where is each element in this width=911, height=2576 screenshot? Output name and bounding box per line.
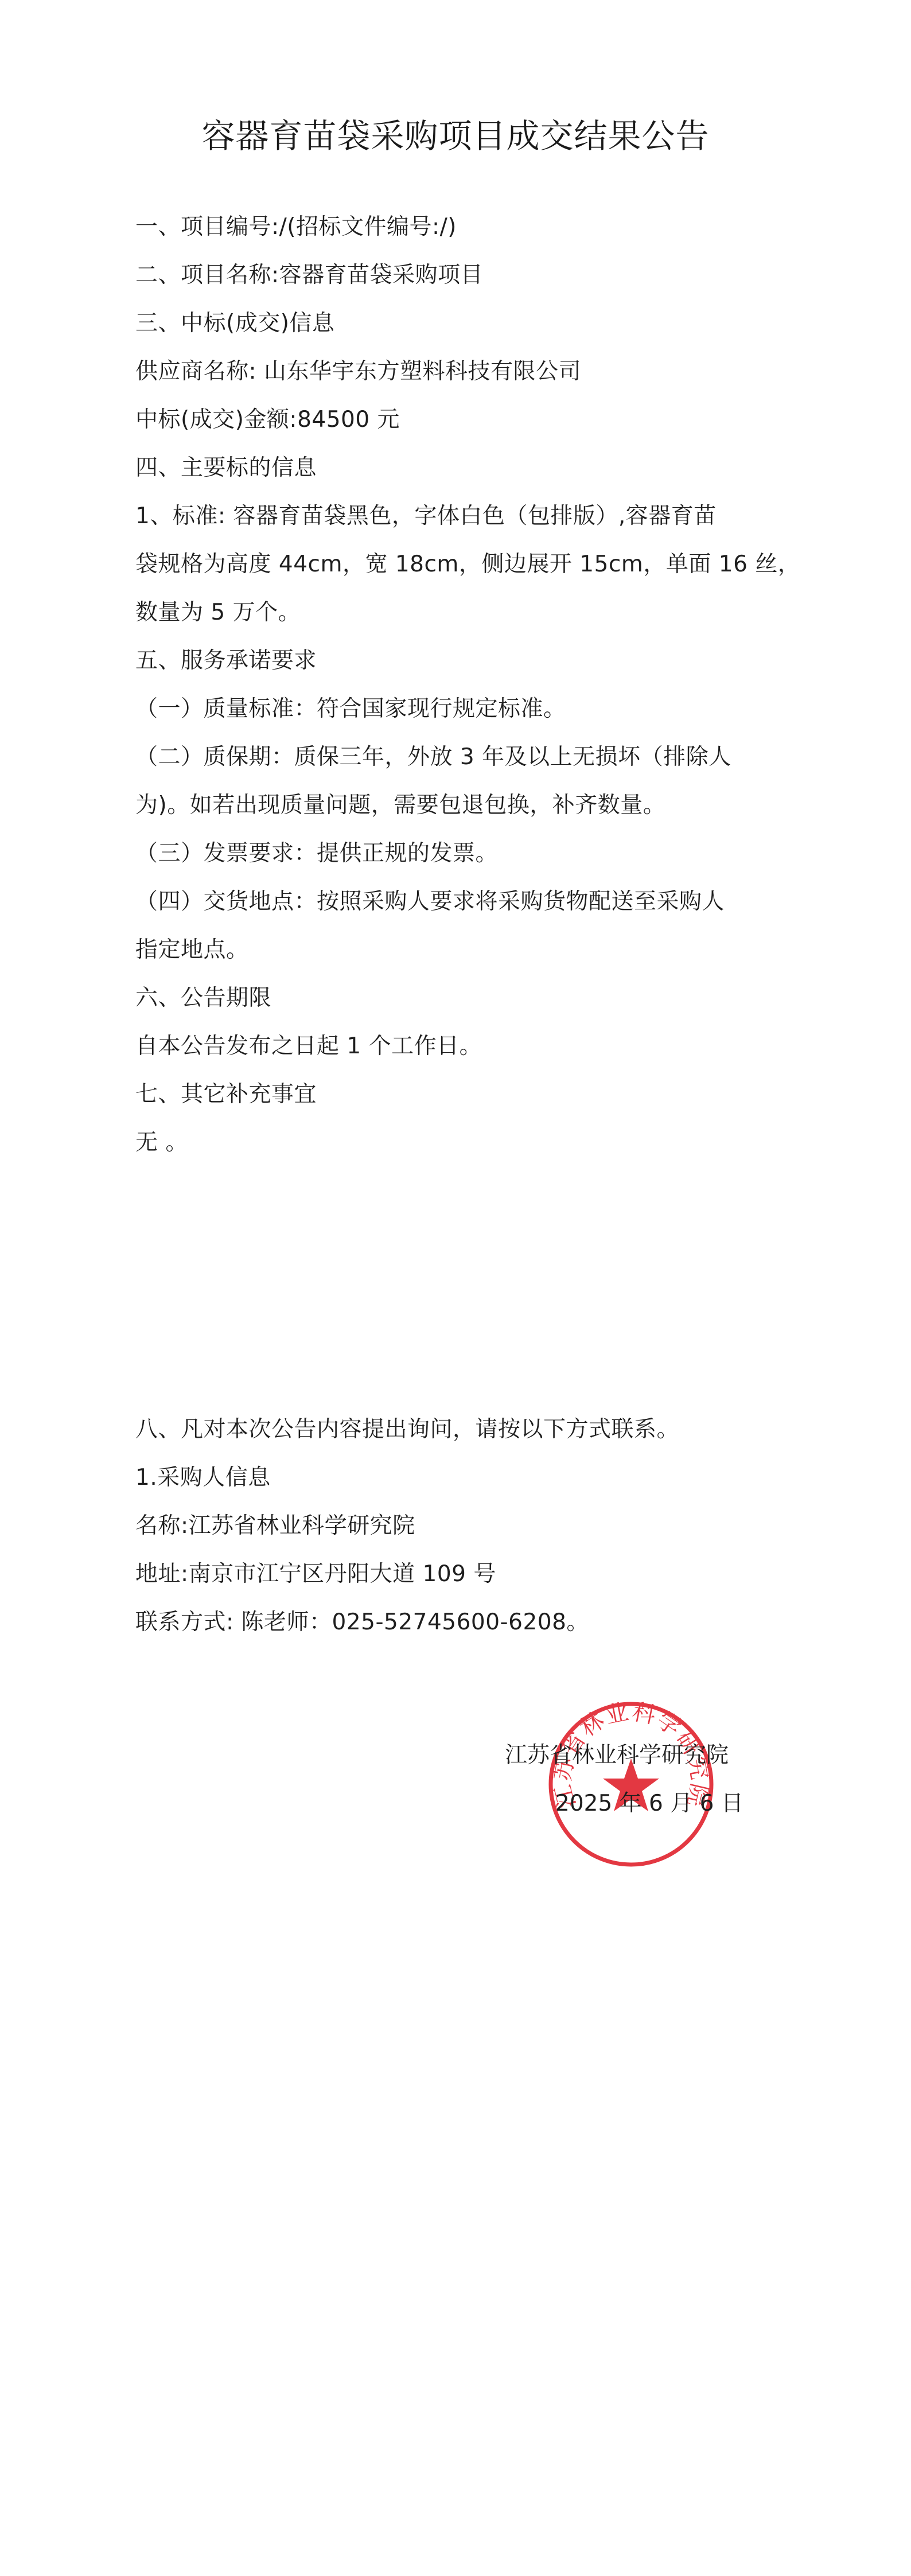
signature-organization: 江苏省林业科学研究院 [505,1742,729,1769]
warranty-line-2: 为)。如若出现质量问题，需要包退包换，补齐数量。 [135,792,665,819]
purchaser-info-heading: 1.采购人信息 [135,1464,271,1492]
section-project-name: 二、项目名称:容器育苗袋采购项目 [135,262,483,289]
subject-standard-line-2: 袋规格为高度 44cm，宽 18cm，侧边展开 15cm，单面 16 丝， [135,551,800,578]
section-announcement-period: 六、公告期限 [135,985,271,1012]
subject-standard-line-3: 数量为 5 万个。 [135,599,301,627]
warranty-line-1: （二）质保期：质保三年，外放 3 年及以上无损坏（排除人 [135,744,731,771]
supplier-name: 供应商名称: 山东华宇东方塑料科技有限公司 [135,358,581,386]
purchaser-address: 地址:南京市江宁区丹阳大道 109 号 [135,1561,496,1588]
award-amount: 中标(成交)金额:84500 元 [135,406,400,434]
delivery-location-line-1: （四）交货地点：按照采购人要求将采购货物配送至采购人 [135,888,725,916]
section-service-commitment: 五、服务承诺要求 [135,647,317,675]
purchaser-name: 名称:江苏省林业科学研究院 [135,1512,415,1540]
document-page: 容器育苗袋采购项目成交结果公告 一、项目编号:/(招标文件编号:/) 二、项目名… [0,0,911,2576]
other-matters-text: 无 。 [135,1129,188,1157]
subject-standard-line-1: 1、标准: 容器育苗袋黑色，字体白色（包排版）,容器育苗 [135,503,717,530]
contact-heading: 八、凡对本次公告内容提出询问，请按以下方式联系。 [135,1416,679,1443]
invoice-requirement: （三）发票要求：提供正规的发票。 [135,840,498,867]
section-other-matters: 七、其它补充事宜 [135,1081,317,1108]
signature-date: 2025 年 6 月 6 日 [555,1790,743,1818]
document-title: 容器育苗袋采购项目成交结果公告 [0,109,911,157]
quality-standard: （一）质量标准：符合国家现行规定标准。 [135,695,566,723]
official-seal-icon: 江苏省林业科学研究院 [545,1698,717,1870]
section-main-subject: 四、主要标的信息 [135,454,317,482]
delivery-location-line-2: 指定地点。 [135,936,249,964]
section-award-info: 三、中标(成交)信息 [135,310,334,337]
section-project-number: 一、项目编号:/(招标文件编号:/) [135,213,457,241]
announcement-period-text: 自本公告发布之日起 1 个工作日。 [135,1033,482,1060]
purchaser-phone: 联系方式: 陈老师：025-52745600-6208。 [135,1609,589,1636]
